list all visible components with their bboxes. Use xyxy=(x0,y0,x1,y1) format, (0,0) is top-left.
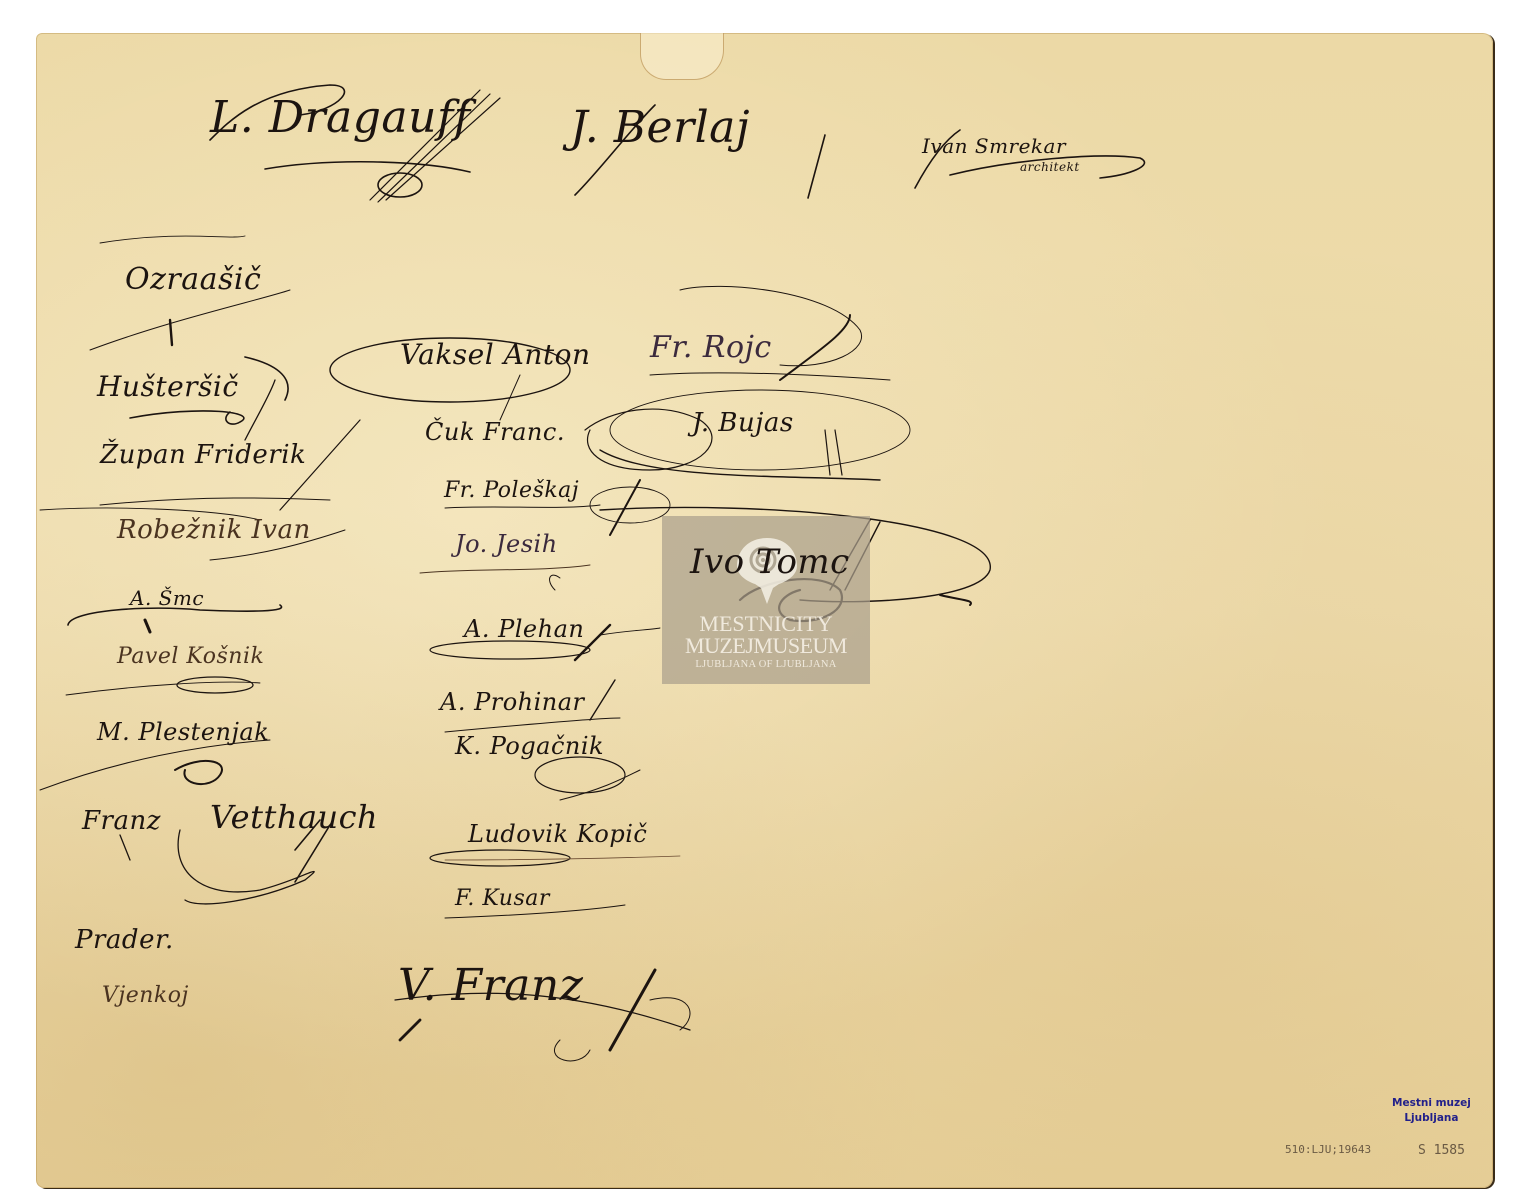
signature-tomc: Ivo Tomc xyxy=(690,542,850,582)
museum-stamp: Mestni muzej Ljubljana xyxy=(1392,1096,1471,1126)
signature-zrasic: Ozraašič xyxy=(125,262,261,297)
signature-dragauff: L. Dragauff xyxy=(210,92,471,143)
inventory-number: 510:LJU;19643 xyxy=(1285,1143,1371,1156)
signature-berlaj: J. Berlaj xyxy=(570,102,750,153)
signature-v-franz: V. Franz xyxy=(398,960,583,1011)
signature-bujas: J. Bujas xyxy=(692,408,794,438)
signature-cuk: Čuk Franc. xyxy=(425,418,565,446)
signature-vetthauch: Vetthauch xyxy=(210,798,378,836)
signature-jesih: Jo. Jesih xyxy=(455,530,558,558)
signature-vaksel: Vaksel Anton xyxy=(400,338,591,371)
paper-tear xyxy=(640,33,724,80)
signature-plehan: A. Plehan xyxy=(464,615,584,643)
signature-kosnik: Pavel Košnik xyxy=(117,644,264,669)
signature-kusar: F. Kusar xyxy=(455,886,550,911)
stamp-line-1: Mestni muzej xyxy=(1392,1096,1471,1111)
stamp-line-2: Ljubljana xyxy=(1392,1111,1471,1126)
signature-pogacnik: K. Pogačnik xyxy=(455,732,604,760)
signature-rojc: Fr. Rojc xyxy=(650,330,772,365)
watermark-line-2: MUZEJMUSEUM xyxy=(685,635,847,657)
inventory-code: S 1585 xyxy=(1418,1143,1465,1158)
signature-prohinar: A. Prohinar xyxy=(440,688,585,716)
signature-prader: Prader. xyxy=(75,925,174,955)
signature-smrekar-title: architekt xyxy=(1020,160,1080,174)
signature-robeznik: Robežnik Ivan xyxy=(117,515,311,545)
signature-smc: A. Šmc xyxy=(130,586,204,610)
watermark-line-1: MESTNICITY xyxy=(699,613,832,635)
signature-vjenkoj: Vjenkoj xyxy=(102,983,189,1008)
signature-poleskaj: Fr. Poleškaj xyxy=(444,478,579,503)
signature-husteršic: Hušteršič xyxy=(97,370,239,403)
signature-plestenjak: M. Plestenjak xyxy=(97,718,269,746)
watermark-line-3: LJUBLJANA OF LJUBLJANA xyxy=(695,660,836,671)
signature-smrekar: Ivan Smrekar xyxy=(922,134,1066,158)
signature-franz-first: Franz xyxy=(82,806,161,836)
signature-kopic: Ludovik Kopič xyxy=(468,820,647,848)
signature-zupan: Župan Friderik xyxy=(100,440,306,470)
